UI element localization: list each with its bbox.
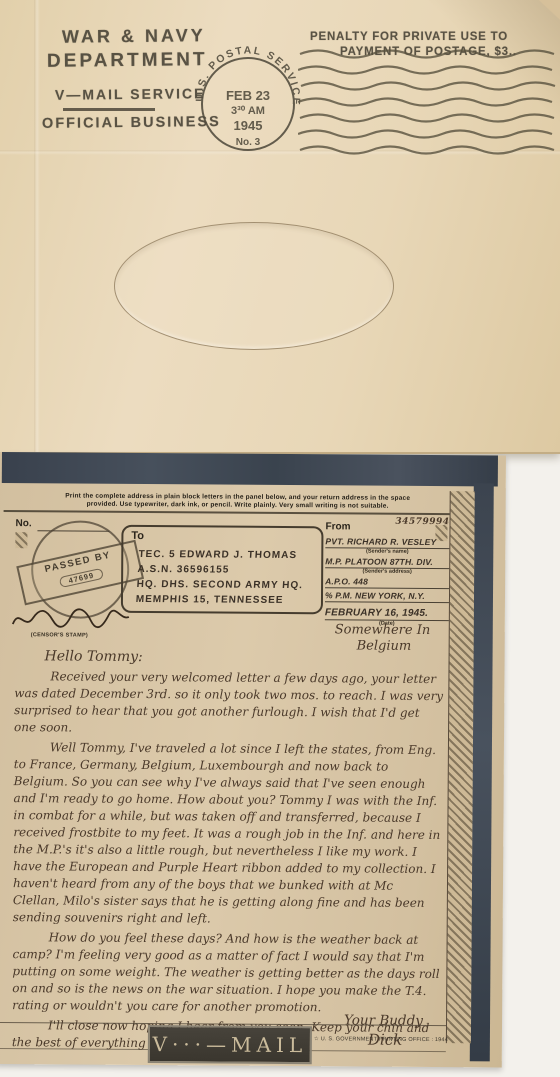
gpo-fine-print: ☆ U. S. GOVERNMENT PRINTING OFFICE : 194…	[314, 1036, 448, 1043]
letter-paragraph: Well Tommy, I've traveled a lot since I …	[13, 739, 444, 929]
service-underline	[63, 108, 155, 111]
postmark-date: FEB 23	[226, 88, 270, 103]
to-label: To	[131, 530, 144, 542]
vmail-letter: Print the complete address in plain bloc…	[0, 452, 506, 1068]
letter-top-border	[2, 452, 498, 486]
vmail-logo: V···—MAIL	[148, 1025, 312, 1064]
form-instructions: Print the complete address in plain bloc…	[62, 492, 414, 510]
form-instructions-line2: provided. Use typewriter, dark ink, or p…	[62, 500, 414, 510]
to-address: TEC. 5 EDWARD J. THOMAS A.S.N. 36596155 …	[135, 547, 305, 608]
form-hatched-margin	[446, 491, 475, 1043]
postmark-stamp: U.S. POSTAL SERVICE FEB 23 3³⁰ AM 1945 N…	[190, 46, 306, 162]
letter-signoff: Your Buddy	[344, 1012, 423, 1029]
from-serial-number: 34579994	[395, 517, 449, 527]
letter-date: FEBRUARY 16, 1945.	[325, 602, 449, 621]
envelope-crease	[34, 0, 40, 452]
letter-body: Received your very welcomed letter a few…	[12, 668, 445, 1057]
sender-apo: A.P.O. 448	[325, 574, 449, 589]
postmark-year: 1945	[234, 118, 263, 133]
to-address-line: HQ. DHS. SECOND ARMY HQ.	[136, 577, 303, 593]
letter-salutation: Hello Tommy:	[45, 648, 143, 665]
sender-name: PVT. RICHARD R. VESLEY	[325, 534, 449, 549]
from-address-block: From 34579994 PVT. RICHARD R. VESLEY (Se…	[325, 516, 450, 627]
to-address-box: To TEC. 5 EDWARD J. THOMAS A.S.N. 365961…	[121, 525, 324, 614]
to-address-line: MEMPHIS 15, TENNESSEE	[135, 592, 302, 608]
postmark-station: No. 3	[236, 137, 261, 148]
censor-signature	[11, 604, 137, 633]
return-address-line: V—MAIL SERVICE	[55, 85, 206, 103]
return-address-line: WAR & NAVY	[62, 25, 206, 48]
return-address-line: DEPARTMENT	[47, 49, 208, 73]
to-address-line: TEC. 5 EDWARD J. THOMAS	[138, 547, 305, 563]
scanned-vmail-page: WAR & NAVY DEPARTMENT V—MAIL SERVICE OFF…	[0, 0, 560, 1077]
envelope-oval-window	[114, 222, 394, 350]
sender-postmaster: % P.M. NEW YORK, N.Y.	[325, 588, 449, 603]
cancellation-wavy-lines	[298, 42, 556, 160]
censor-number: 47699	[59, 568, 104, 588]
envelope: WAR & NAVY DEPARTMENT V—MAIL SERVICE OFF…	[0, 0, 560, 454]
letter-place: Somewhere In Belgium	[335, 622, 431, 655]
from-label: From	[325, 521, 350, 532]
censor-stamp-caption: (CENSOR'S STAMP)	[31, 632, 88, 638]
letter-paragraph: How do you feel these days? And how is t…	[12, 929, 443, 1017]
letter-place-line2: Belgium	[357, 638, 431, 655]
form-header-rule	[4, 510, 450, 515]
postmark-time: 3³⁰ AM	[231, 105, 265, 117]
to-address-line: A.S.N. 36596155	[137, 562, 304, 578]
letter-paragraph: Received your very welcomed letter a few…	[14, 668, 444, 739]
sender-unit: M.P. PLATOON 87TH. DIV.	[325, 554, 449, 569]
vmail-logo-text: V···—MAIL	[152, 1032, 307, 1057]
letter-place-line1: Somewhere In	[335, 622, 431, 639]
